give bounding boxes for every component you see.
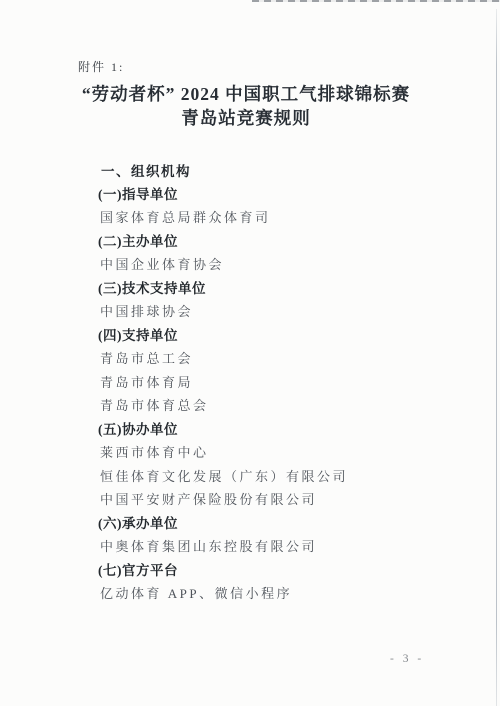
scan-artifact-right-edge (496, 9, 497, 706)
page-number: - 3 - (390, 653, 424, 665)
body-line: 亿动体育 APP、微信小程序 (98, 581, 460, 605)
document-body: 一、组织机构(一)指导单位国家体育总局群众体育司(二)主办单位中国企业体育协会(… (98, 158, 460, 605)
body-line: 青岛市总工会 (98, 346, 460, 370)
body-line: 中国企业体育协会 (98, 252, 460, 276)
document-title: “劳动者杯” 2024 中国职工气排球锦标赛 青岛站竞赛规则 (0, 83, 492, 130)
body-line: 恒佳体育文化发展（广东）有限公司 (98, 464, 460, 488)
body-line: 中奥体育集团山东控股有限公司 (98, 534, 460, 558)
section-heading: (四)支持单位 (98, 323, 460, 347)
section-heading: (三)技术支持单位 (98, 276, 460, 300)
body-line: 中国平安财产保险股份有限公司 (98, 487, 460, 511)
attachment-label: 附件 1: (78, 59, 124, 75)
scan-artifact-top-edge (252, 0, 500, 2)
title-line-1: “劳动者杯” 2024 中国职工气排球锦标赛 (0, 83, 492, 107)
section-heading: (七)官方平台 (98, 558, 460, 582)
section-heading: (二)主办单位 (98, 229, 460, 253)
body-line: 莱西市体育中心 (98, 440, 460, 464)
body-line: 青岛市体育局 (98, 370, 460, 394)
section-heading: 一、组织机构 (98, 158, 460, 182)
body-line: 国家体育总局群众体育司 (98, 205, 460, 229)
document-page: 附件 1: “劳动者杯” 2024 中国职工气排球锦标赛 青岛站竞赛规则 一、组… (0, 0, 500, 706)
section-heading: (六)承办单位 (98, 511, 460, 535)
section-heading: (一)指导单位 (98, 182, 460, 206)
title-line-2: 青岛站竞赛规则 (0, 107, 492, 131)
body-line: 中国排球协会 (98, 299, 460, 323)
body-line: 青岛市体育总会 (98, 393, 460, 417)
section-heading: (五)协办单位 (98, 417, 460, 441)
